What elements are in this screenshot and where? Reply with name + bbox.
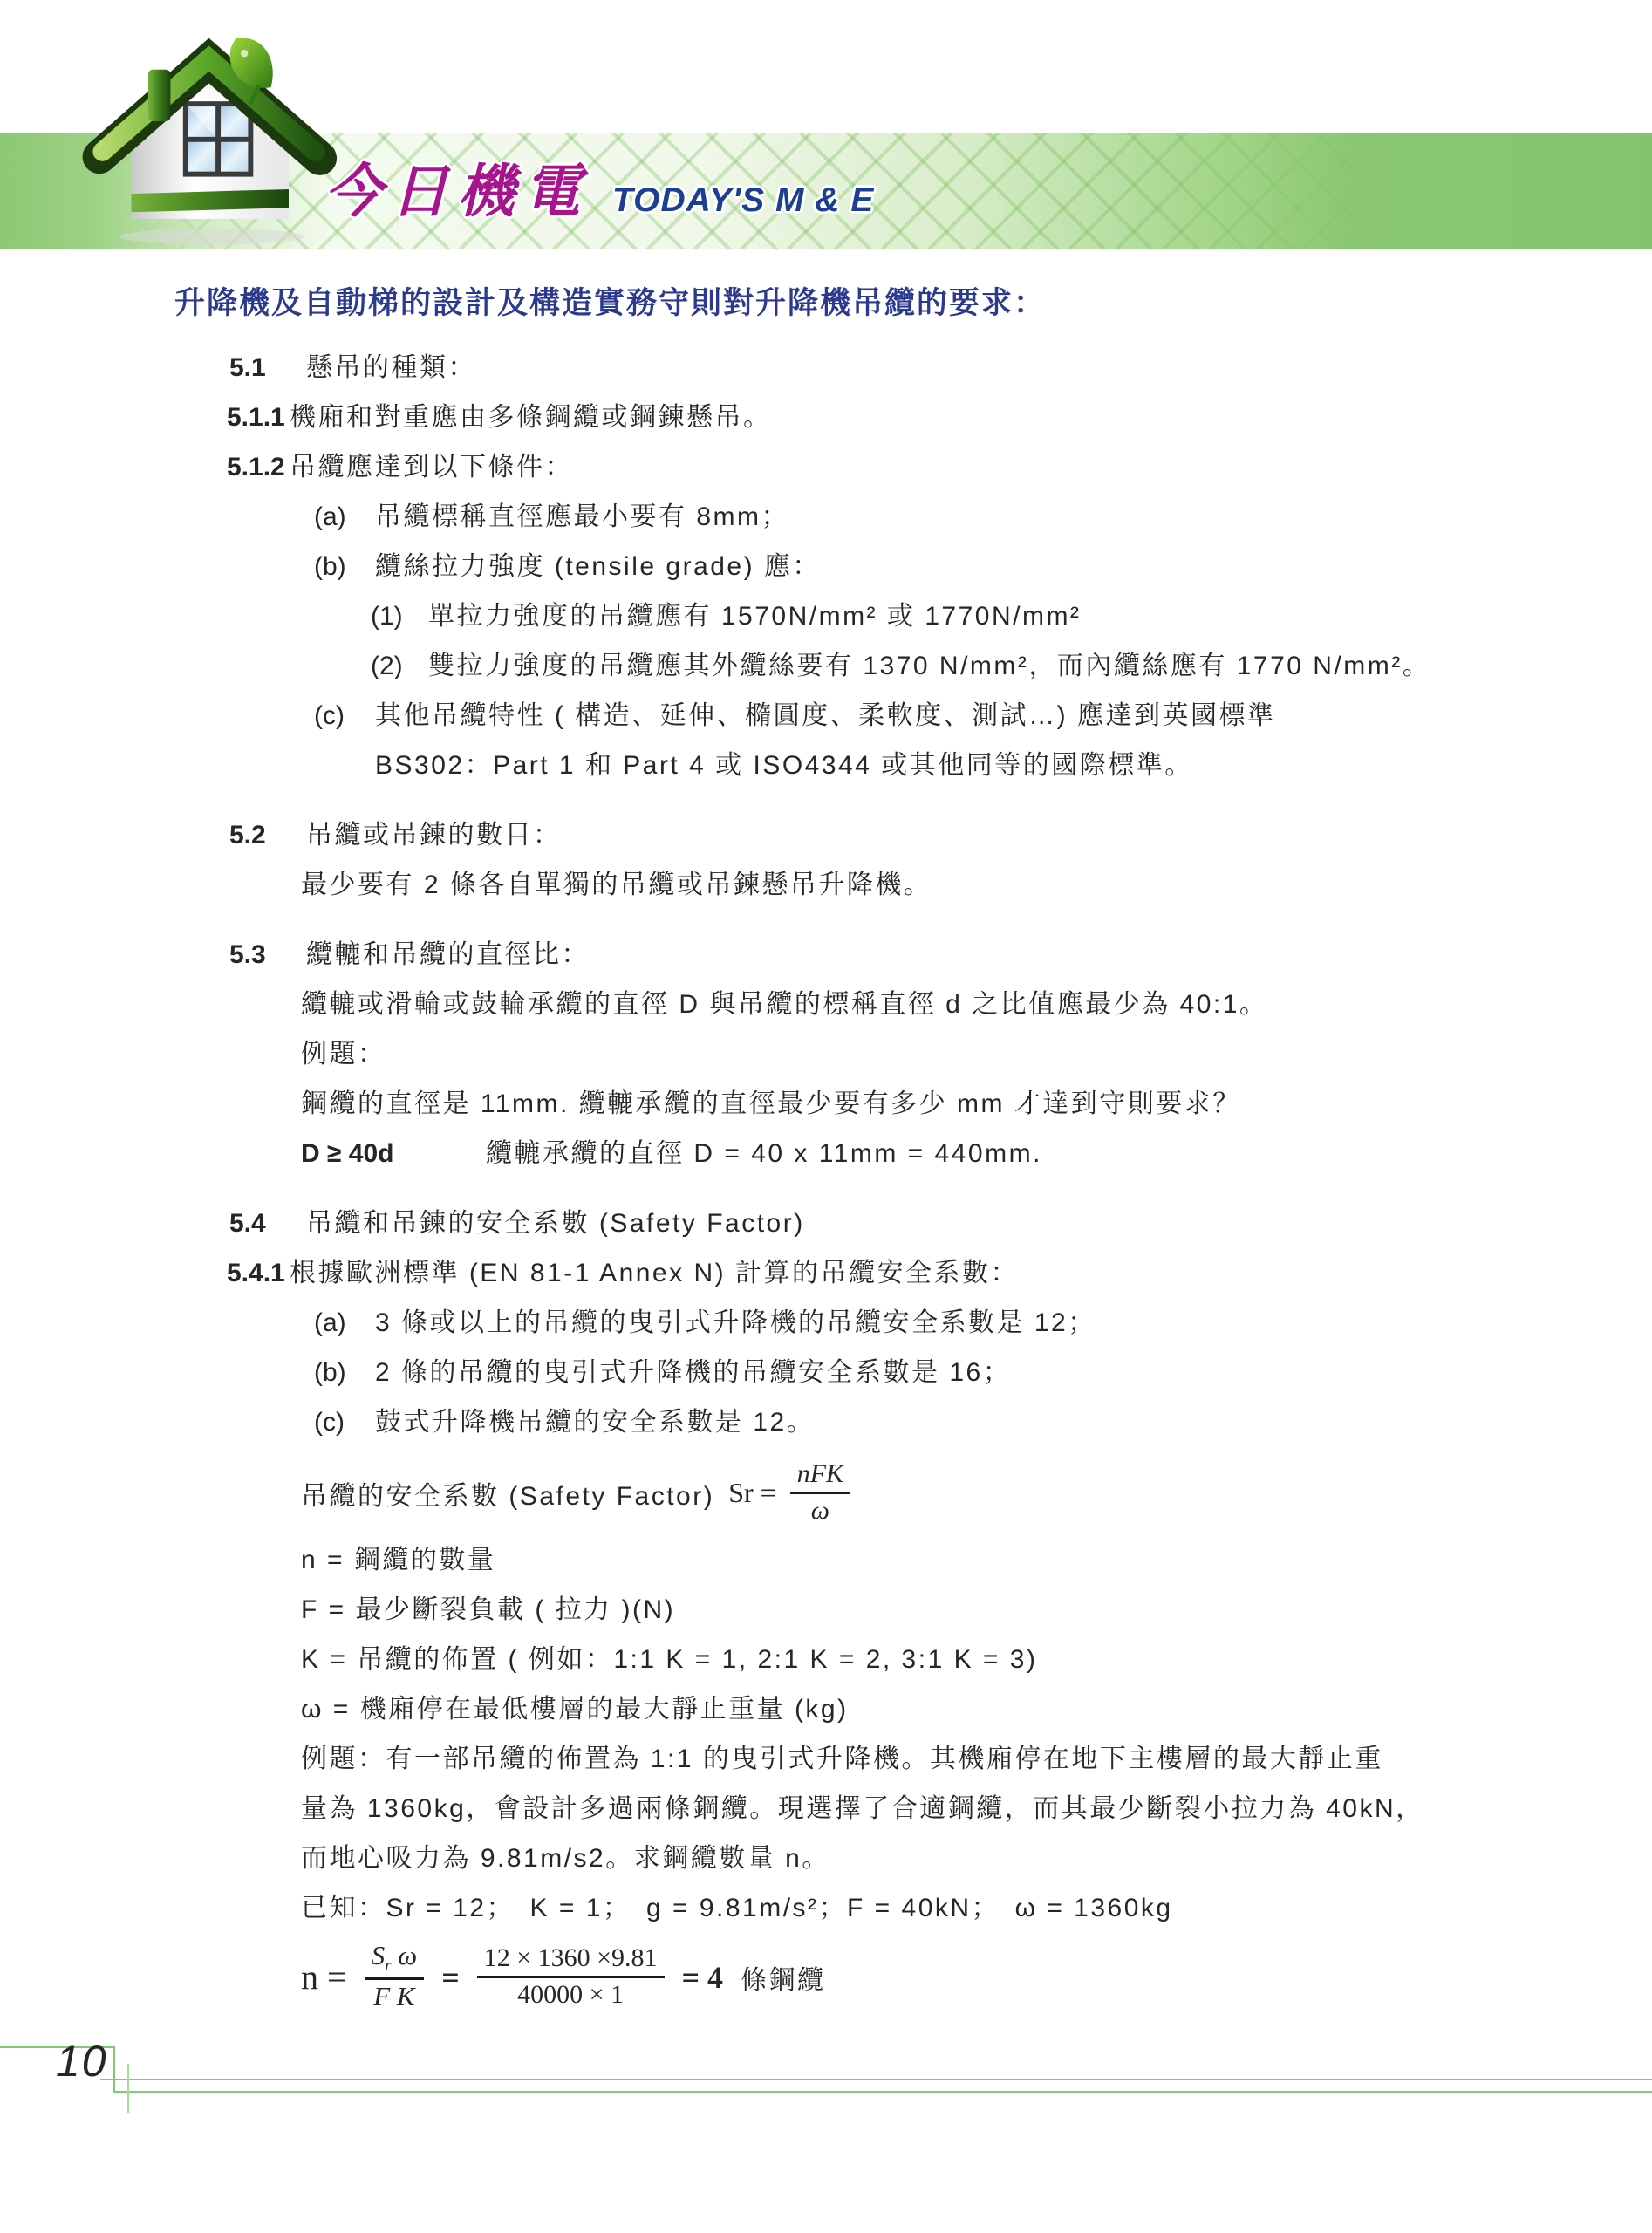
footer-line-vertical bbox=[113, 2046, 115, 2093]
doc-line: D ≥ 40d纜轆承纜的直徑 D = 40 x 11mm = 440mm. bbox=[301, 1129, 1539, 1178]
doc-line: n = 鋼纜的數量 bbox=[301, 1535, 1539, 1585]
doc-line: (c)其他吊纜特性 ( 構造、延伸、橢圓度、柔軟度、測試…) 應達到英國標準 bbox=[314, 691, 1539, 741]
rope-count-formula: n = Sr ω F K = 12 × 1360 ×9.81 40000 × 1… bbox=[301, 1940, 1539, 2014]
item-text: 2 條的吊纜的曳引式升降機的吊纜安全系數是 16； bbox=[375, 1348, 1011, 1397]
item-number: (c) bbox=[314, 691, 375, 741]
item-number: 5.2 bbox=[229, 810, 306, 860]
item-text: 纜絲拉力強度 (tensile grade) 應： bbox=[375, 542, 821, 591]
fraction-denominator: 40000 × 1 bbox=[517, 1978, 624, 2011]
item-text: ω = 機廂停在最低樓層的最大靜止重量 (kg) bbox=[301, 1684, 849, 1734]
safety-factor-formula: 吊纜的安全系數 (Safety Factor) Sr = nFK ω bbox=[301, 1459, 1539, 1526]
item-text: 最少要有 2 條各自單獨的吊纜或吊鍊懸吊升降機。 bbox=[301, 860, 932, 910]
brand-lockup: 今日機電 TODAY'S M & E bbox=[324, 162, 874, 220]
doc-line: 鋼纜的直徑是 11mm. 纜轆承纜的直徑最少要有多少 mm 才達到守則要求？ bbox=[301, 1079, 1539, 1129]
document-body: 升降機及自動梯的設計及構造實務守則對升降機吊纜的要求： 5.1懸吊的種類：5.1… bbox=[0, 279, 1652, 2014]
doc-line: 量為 1360kg，會設計多過兩條鋼纜。現選擇了合適鋼纜，而其最少斷裂小拉力為 … bbox=[301, 1784, 1539, 1834]
doc-line: 而地心吸力為 9.81m/s2。求鋼纜數量 n。 bbox=[301, 1834, 1539, 1883]
item-number: (2) bbox=[371, 641, 428, 691]
item-text: 吊纜標稱直徑應最小要有 8mm； bbox=[375, 492, 789, 542]
footer-rule-upper bbox=[100, 2079, 1652, 2080]
doc-line: K = 吊纜的佈置 ( 例如：1:1 K = 1, 2:1 K = 2, 3:1… bbox=[301, 1635, 1539, 1684]
doc-line: 5.1.2吊纜應達到以下條件： bbox=[227, 442, 1539, 492]
house-shadow bbox=[120, 229, 305, 245]
item-number: 5.4.1 bbox=[227, 1248, 290, 1298]
fraction-denominator: F K bbox=[373, 1980, 414, 2014]
item-number: D ≥ 40d bbox=[301, 1129, 486, 1178]
formula-prefix: 吊纜的安全系數 (Safety Factor) bbox=[301, 1474, 714, 1513]
footer-rule-lower bbox=[115, 2091, 1652, 2093]
item-number: (1) bbox=[371, 591, 428, 641]
fraction: 12 × 1360 ×9.81 40000 × 1 bbox=[477, 1943, 665, 2011]
fraction: Sr ω F K bbox=[365, 1940, 425, 2014]
doc-line: (b)2 條的吊纜的曳引式升降機的吊纜安全系數是 16； bbox=[314, 1348, 1539, 1397]
fraction-numerator: Sr ω bbox=[365, 1940, 425, 1980]
doc-line: (c)鼓式升降機吊纜的安全系數是 12。 bbox=[314, 1397, 1539, 1447]
item-text: 吊纜或吊鍊的數目： bbox=[306, 810, 562, 860]
item-text: 鼓式升降機吊纜的安全系數是 12。 bbox=[375, 1397, 815, 1447]
doc-line: 5.4.1根據歐洲標準 (EN 81-1 Annex N) 計算的吊纜安全系數： bbox=[227, 1248, 1539, 1298]
formula-result-unit: 條鋼纜 bbox=[741, 1958, 826, 1997]
item-text: 吊纜應達到以下條件： bbox=[290, 442, 573, 492]
doc-line: BS302：Part 1 和 Part 4 或 ISO4344 或其他同等的國際… bbox=[375, 741, 1539, 790]
item-text: 纜轆和吊纜的直徑比： bbox=[306, 930, 590, 980]
fraction-numerator: 12 × 1360 ×9.81 bbox=[477, 1943, 665, 1978]
doc-line: 例題：有一部吊纜的佈置為 1:1 的曳引式升降機。其機廂停在地下主樓層的最大靜止… bbox=[301, 1734, 1539, 1784]
fraction-numerator: nFK bbox=[790, 1459, 850, 1494]
brand-english: TODAY'S M & E bbox=[612, 183, 874, 220]
item-number: (b) bbox=[314, 1348, 375, 1397]
doc-line: 5.2吊纜或吊鍊的數目： bbox=[229, 810, 1539, 860]
doc-line: (b)纜絲拉力強度 (tensile grade) 應： bbox=[314, 542, 1539, 591]
item-number: 5.4 bbox=[229, 1198, 306, 1248]
item-number: (a) bbox=[314, 1298, 375, 1348]
equals-sign: = bbox=[441, 1959, 460, 1996]
item-number: 5.1.2 bbox=[227, 442, 290, 492]
item-number: 5.1 bbox=[229, 343, 306, 393]
item-text: n = 鋼纜的數量 bbox=[301, 1535, 495, 1585]
item-number: (c) bbox=[314, 1397, 375, 1447]
page-number: 10 bbox=[56, 2036, 108, 2086]
item-text: 量為 1360kg，會設計多過兩條鋼纜。現選擇了合適鋼纜，而其最少斷裂小拉力為 … bbox=[301, 1784, 1424, 1834]
item-text: 單拉力強度的吊纜應有 1570N/mm² 或 1770N/mm² bbox=[428, 591, 1081, 641]
doc-line: 最少要有 2 條各自單獨的吊纜或吊鍊懸吊升降機。 bbox=[301, 860, 1539, 910]
item-text: K = 吊纜的佈置 ( 例如：1:1 K = 1, 2:1 K = 2, 3:1… bbox=[301, 1635, 1037, 1684]
footer-tick bbox=[127, 2064, 129, 2113]
formula-result: = 4 bbox=[682, 1959, 724, 1996]
doc-line: (1)單拉力強度的吊纜應有 1570N/mm² 或 1770N/mm² bbox=[371, 591, 1539, 641]
item-text: 鋼纜的直徑是 11mm. 纜轆承纜的直徑最少要有多少 mm 才達到守則要求？ bbox=[301, 1079, 1241, 1129]
doc-line: 已知：Sr = 12； K = 1； g = 9.81m/s²；F = 40kN… bbox=[301, 1883, 1539, 1933]
doc-line: (a)3 條或以上的吊纜的曳引式升降機的吊纜安全系數是 12； bbox=[314, 1298, 1539, 1348]
item-text: 懸吊的種類： bbox=[306, 343, 476, 393]
chimney bbox=[148, 70, 170, 121]
doc-line: F = 最少斷裂負載 ( 拉力 )(N) bbox=[301, 1585, 1539, 1635]
doc-line: 5.1.1機廂和對重應由多條鋼纜或鋼鍊懸吊。 bbox=[227, 393, 1539, 442]
item-text: F = 最少斷裂負載 ( 拉力 )(N) bbox=[301, 1585, 675, 1635]
page-title: 升降機及自動梯的設計及構造實務守則對升降機吊纜的要求： bbox=[174, 279, 1539, 323]
doc-lines-part1: 5.1懸吊的種類：5.1.1機廂和對重應由多條鋼纜或鋼鍊懸吊。5.1.2吊纜應達… bbox=[174, 343, 1539, 1447]
formula-lhs: Sr = bbox=[728, 1477, 776, 1509]
item-text: 機廂和對重應由多條鋼纜或鋼鍊懸吊。 bbox=[290, 393, 772, 442]
leaf-highlight bbox=[241, 50, 248, 57]
doc-lines-part2: n = 鋼纜的數量F = 最少斷裂負載 ( 拉力 )(N)K = 吊纜的佈置 (… bbox=[174, 1535, 1539, 1933]
item-number: (a) bbox=[314, 492, 375, 542]
magazine-page: 今日機電 TODAY'S M & E 升降機及自動梯的設計及構造實務守則對升降機… bbox=[0, 0, 1652, 2233]
brand-chinese: 今日機電 bbox=[324, 162, 590, 220]
doc-line: ω = 機廂停在最低樓層的最大靜止重量 (kg) bbox=[301, 1684, 1539, 1734]
doc-line: (2)雙拉力強度的吊纜應其外纜絲要有 1370 N/mm²，而內纜絲應有 177… bbox=[371, 641, 1539, 691]
fraction-denominator: ω bbox=[811, 1494, 829, 1527]
doc-line: 5.3纜轆和吊纜的直徑比： bbox=[229, 930, 1539, 980]
doc-line: 例題： bbox=[301, 1029, 1539, 1079]
item-number: (b) bbox=[314, 542, 375, 591]
item-text: 而地心吸力為 9.81m/s2。求鋼纜數量 n。 bbox=[301, 1834, 830, 1883]
doc-line: 纜轆或滑輪或鼓輪承纜的直徑 D 與吊纜的標稱直徑 d 之比值應最少為 40:1。 bbox=[301, 980, 1539, 1029]
house-logo bbox=[61, 12, 342, 260]
item-text: BS302：Part 1 和 Part 4 或 ISO4344 或其他同等的國際… bbox=[375, 741, 1193, 790]
item-text: 雙拉力強度的吊纜應其外纜絲要有 1370 N/mm²，而內纜絲應有 1770 N… bbox=[428, 641, 1430, 691]
doc-line: 5.1懸吊的種類： bbox=[229, 343, 1539, 393]
item-number: 5.3 bbox=[229, 930, 306, 980]
item-text: 纜轆或滑輪或鼓輪承纜的直徑 D 與吊纜的標稱直徑 d 之比值應最少為 40:1。 bbox=[301, 980, 1267, 1029]
doc-line: (a)吊纜標稱直徑應最小要有 8mm； bbox=[314, 492, 1539, 542]
item-number: 5.1.1 bbox=[227, 393, 290, 442]
item-text: 3 條或以上的吊纜的曳引式升降機的吊纜安全系數是 12； bbox=[375, 1298, 1096, 1348]
item-text: 根據歐洲標準 (EN 81-1 Annex N) 計算的吊纜安全系數： bbox=[290, 1248, 1019, 1298]
item-text: 纜轆承纜的直徑 D = 40 x 11mm = 440mm. bbox=[486, 1129, 1042, 1178]
item-text: 例題： bbox=[301, 1029, 386, 1079]
item-text: 已知：Sr = 12； K = 1； g = 9.81m/s²；F = 40kN… bbox=[301, 1883, 1173, 1933]
formula-lhs: n = bbox=[301, 1956, 347, 1997]
item-text: 其他吊纜特性 ( 構造、延伸、橢圓度、柔軟度、測試…) 應達到英國標準 bbox=[375, 691, 1276, 741]
doc-line: 5.4吊纜和吊鍊的安全系數 (Safety Factor) bbox=[229, 1198, 1539, 1248]
fraction: nFK ω bbox=[790, 1459, 850, 1526]
item-text: 例題：有一部吊纜的佈置為 1:1 的曳引式升降機。其機廂停在地下主樓層的最大靜止… bbox=[301, 1734, 1383, 1784]
item-text: 吊纜和吊鍊的安全系數 (Safety Factor) bbox=[306, 1198, 805, 1248]
